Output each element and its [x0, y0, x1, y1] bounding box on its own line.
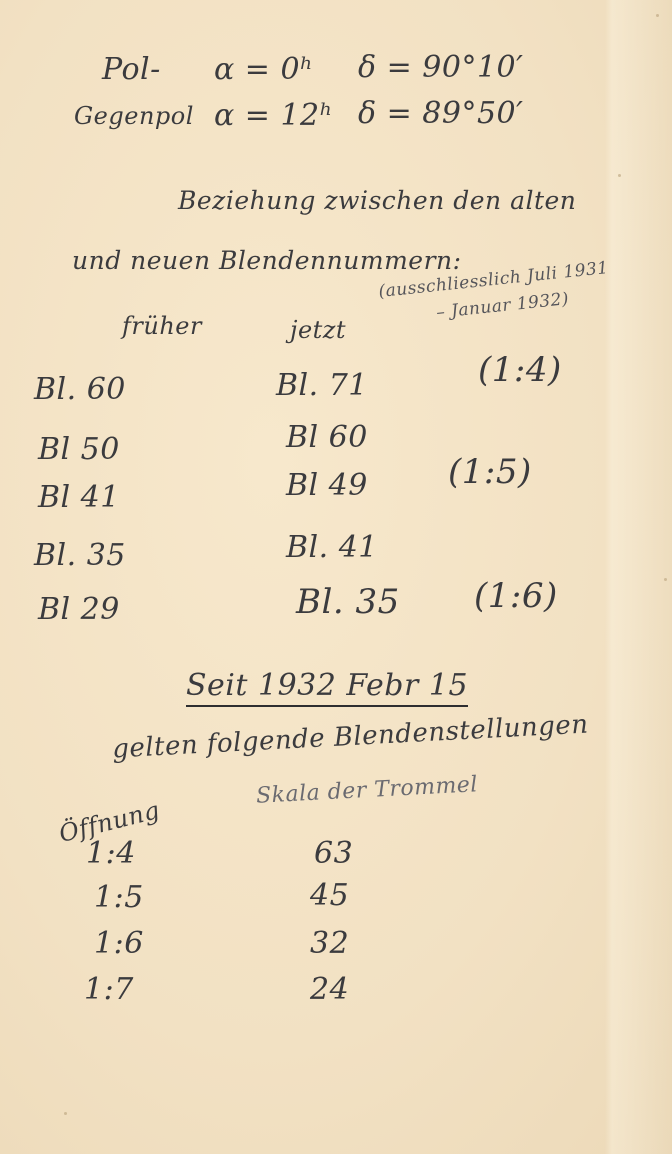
gegenpol-label: Gegenpol [74, 102, 194, 130]
scale-row-4-value: 24 [310, 972, 349, 1007]
intro-line-2: und neuen Blendennummern: [72, 246, 462, 275]
column-new-header: jetzt [290, 316, 346, 344]
row-5-ratio: (1:6) [474, 576, 558, 616]
row-3-ratio: (1:5) [448, 452, 532, 492]
row-5-new: Bl. 35 [296, 582, 400, 622]
scale-row-1-opening: 1:4 [86, 836, 136, 871]
scale-row-3-value: 32 [310, 926, 349, 961]
intro-line-1: Beziehung zwischen den alten [178, 186, 576, 215]
gegenpol-alpha: α = 12ʰ [214, 98, 333, 133]
scale-row-4-opening: 1:7 [84, 972, 134, 1007]
paper-speck [618, 174, 621, 177]
row-1-ratio: (1:4) [478, 350, 562, 390]
gegenpol-delta: δ = 89°50′ [358, 96, 523, 131]
scale-row-1-value: 63 [314, 836, 353, 871]
row-2-old: Bl 50 [38, 432, 120, 467]
row-1-new: Bl. 71 [276, 368, 368, 403]
row-2-new: Bl 60 [286, 420, 368, 455]
pol-alpha: α = 0ʰ [214, 52, 314, 87]
since-heading: Seit 1932 Febr 15 [186, 668, 468, 707]
scale-row-3-opening: 1:6 [94, 926, 144, 961]
row-3-new: Bl 49 [286, 468, 368, 503]
row-4-old: Bl. 35 [34, 538, 126, 573]
paper-speck [656, 14, 659, 17]
pol-delta: δ = 90°10′ [358, 50, 523, 85]
pol-label: Pol- [102, 52, 161, 87]
row-1-old: Bl. 60 [34, 372, 126, 407]
column-old-header: früher [122, 312, 202, 340]
since-line-1: gelten folgende Blendenstellungen [112, 710, 590, 765]
scale-row-2-value: 45 [310, 878, 349, 913]
scale-row-2-opening: 1:5 [94, 880, 144, 915]
note-line-2: – Januar 1932) [435, 289, 570, 323]
row-5-old: Bl 29 [38, 592, 120, 627]
paper-speck [664, 578, 667, 581]
scale-label: Skala der Trommel [255, 772, 478, 809]
row-4-new: Bl. 41 [286, 530, 378, 565]
row-3-old: Bl 41 [38, 480, 120, 515]
paper-speck [64, 1112, 67, 1115]
notebook-page: Pol- α = 0ʰ δ = 90°10′ Gegenpol α = 12ʰ … [0, 0, 672, 1154]
